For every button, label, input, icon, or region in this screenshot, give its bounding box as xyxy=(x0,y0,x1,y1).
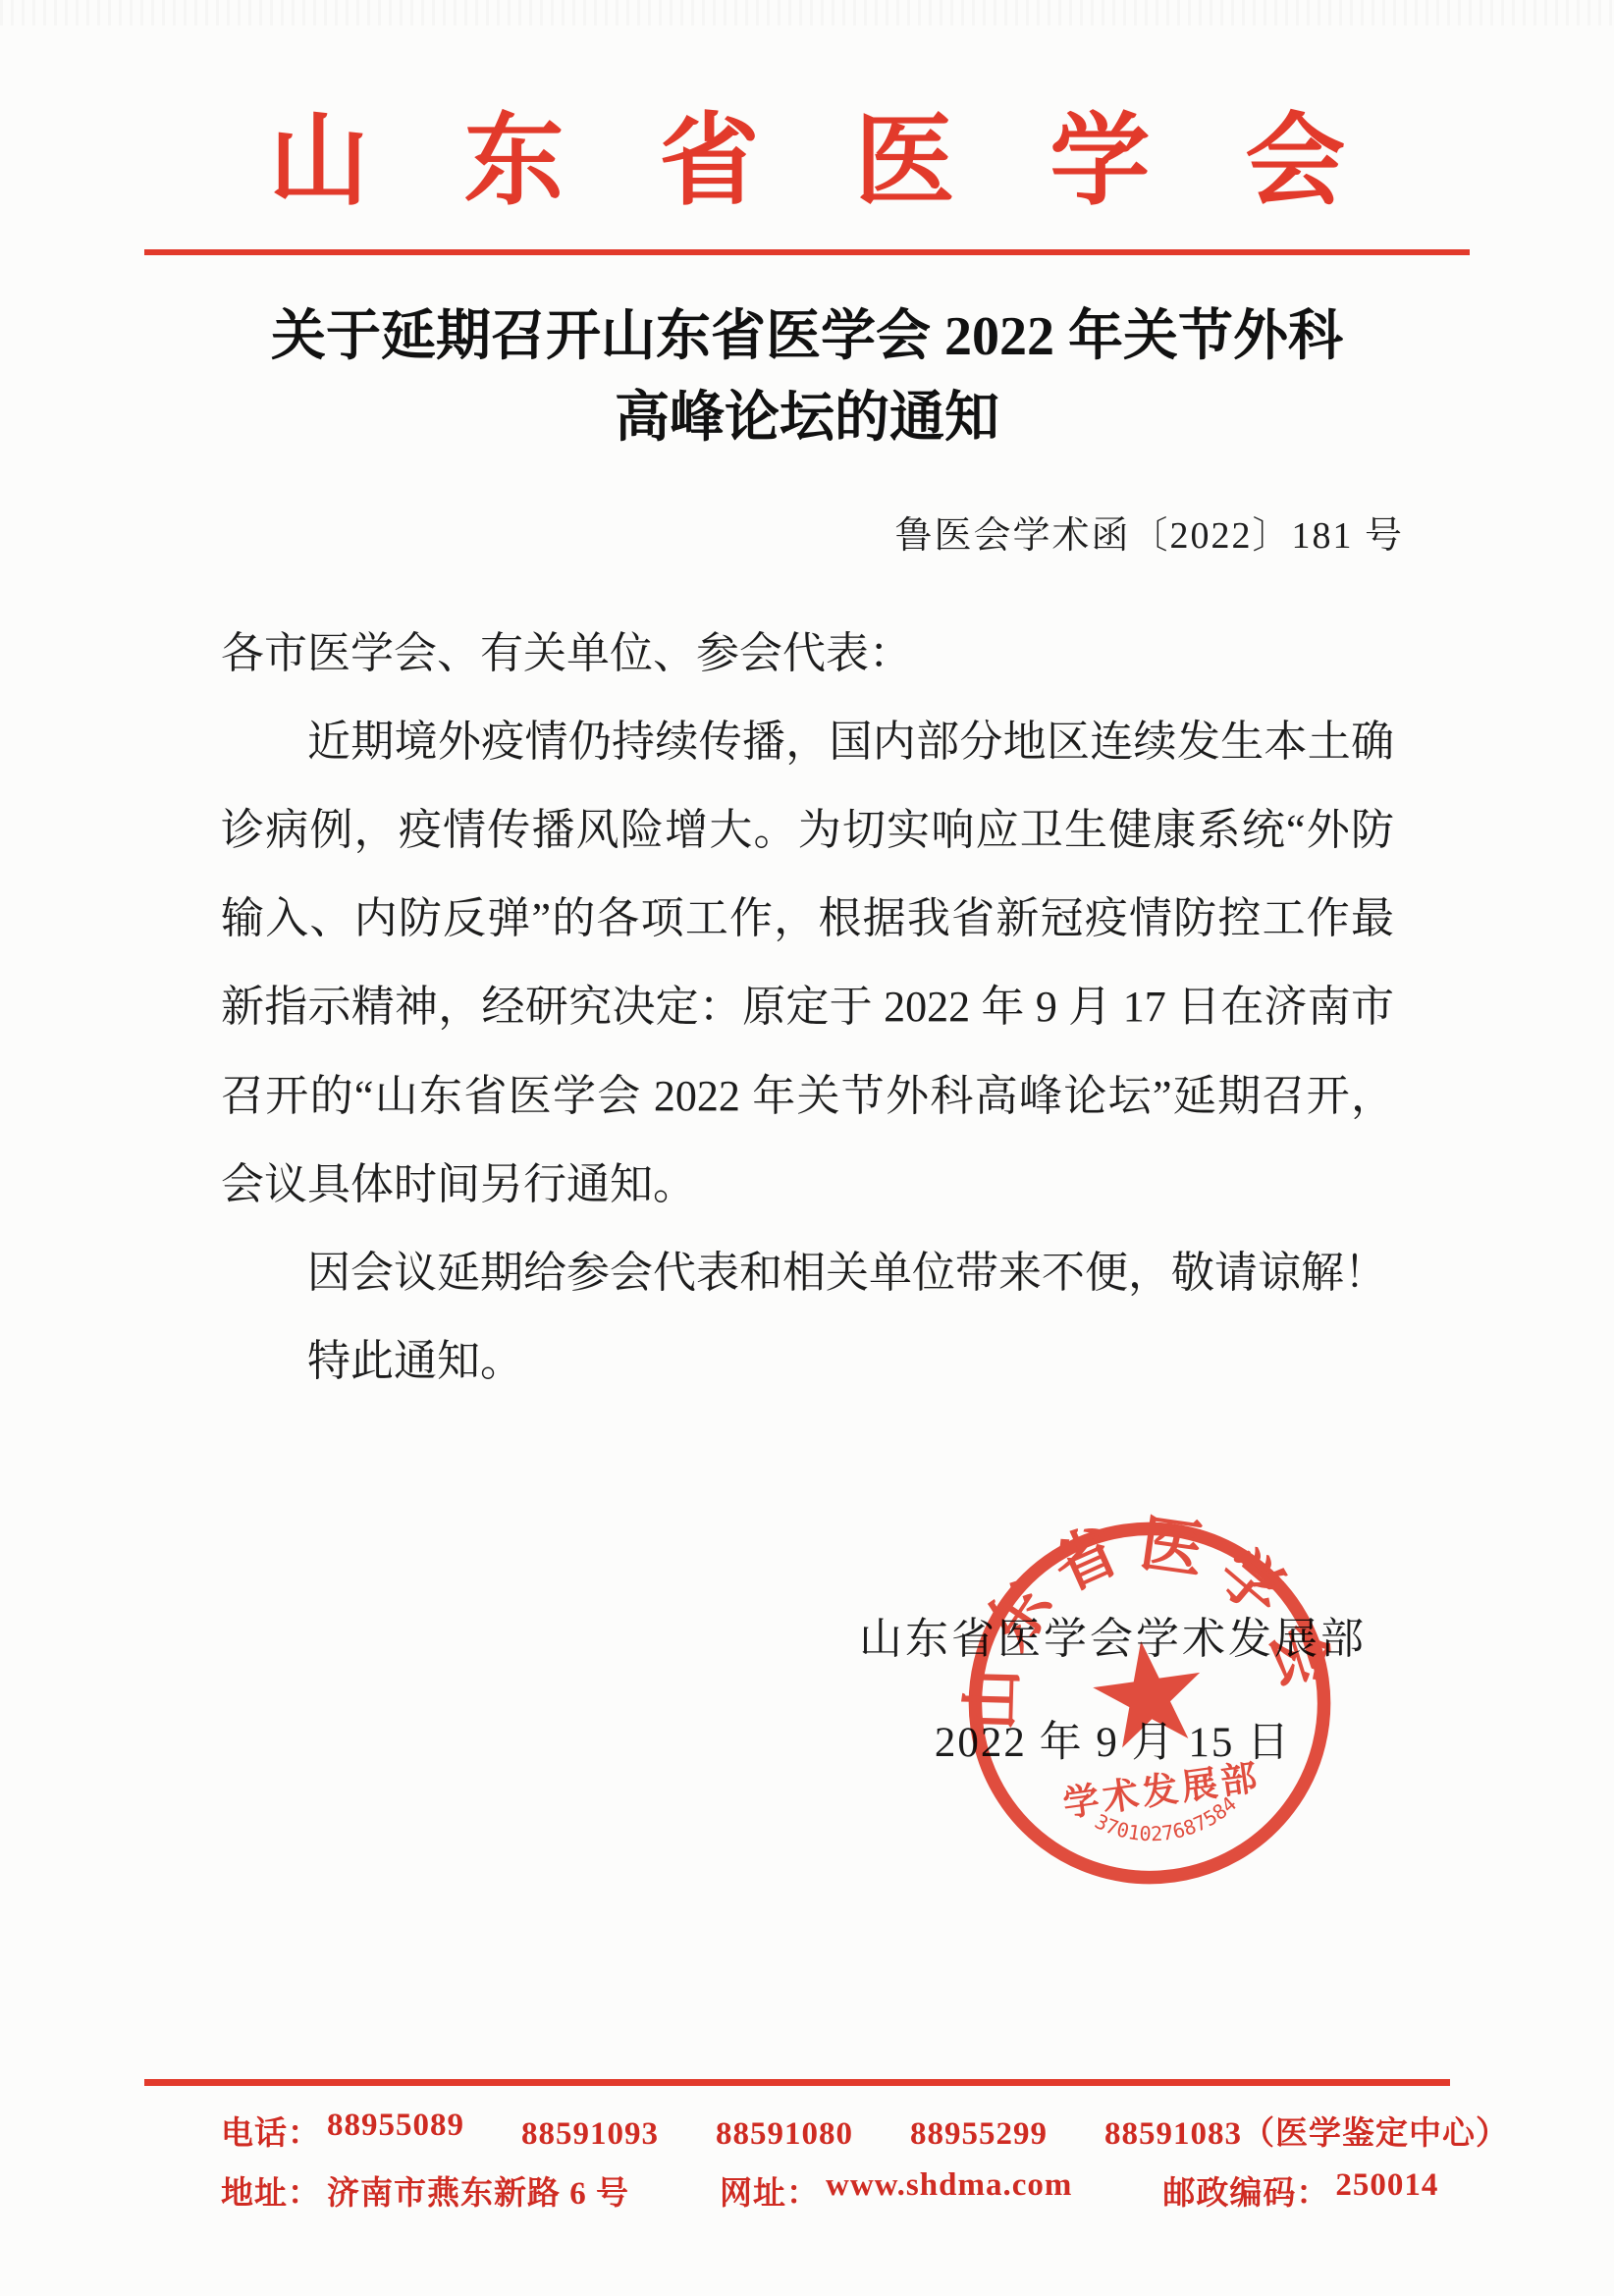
document-title: 关于延期召开山东省医学会 2022 年关节外科 高峰论坛的通知 xyxy=(118,296,1496,459)
website-value: www.shdma.com xyxy=(826,2167,1072,2214)
phone-number: 88955089 xyxy=(327,2108,464,2154)
phone-label: 电话： xyxy=(221,2108,321,2154)
postcode-value: 250014 xyxy=(1335,2167,1438,2214)
postcode-label: 邮政编码： xyxy=(1162,2167,1329,2214)
document-title-line-1: 关于延期召开山东省医学会 2022 年关节外科 xyxy=(118,296,1496,378)
website-label: 网址： xyxy=(720,2167,820,2214)
address-value: 济南市燕东新路 6 号 xyxy=(327,2167,629,2214)
document-body: 各市医学会、有关单位、参会代表： 近期境外疫情仍持续传播，国内部分地区连续发生本… xyxy=(221,610,1394,1407)
footer-info-row: 地址：济南市燕东新路 6 号 网址：www.shdma.com 邮政编码：250… xyxy=(144,2167,1450,2214)
phone-number: 88955299 xyxy=(910,2116,1048,2153)
document-title-line-2: 高峰论坛的通知 xyxy=(118,378,1496,459)
stamp-star-icon xyxy=(1088,1633,1210,1750)
notice-document: 山东省医学会 关于延期召开山东省医学会 2022 年关节外科 高峰论坛的通知 鲁… xyxy=(0,0,1614,2296)
address-label: 地址： xyxy=(221,2167,321,2214)
phone-number: 88591083（医学鉴定中心） xyxy=(1104,2108,1509,2154)
letterhead-divider xyxy=(144,249,1470,255)
body-paragraph: 因会议延期给参会代表和相关单位带来不便，敬请谅解！ xyxy=(221,1229,1394,1317)
body-paragraph: 特此通知。 xyxy=(221,1317,1394,1406)
footer: 电话：88955089 88591093 88591080 88955299 8… xyxy=(144,2079,1450,2214)
scan-noise-band xyxy=(0,0,1614,26)
official-stamp: 山东省医学会 学术发展部 3701027687584 xyxy=(936,1489,1364,1917)
phone-number: 88591080 xyxy=(716,2116,853,2153)
document-number: 鲁医会学术函〔2022〕181 号 xyxy=(0,505,1404,559)
salutation: 各市医学会、有关单位、参会代表： xyxy=(221,610,1394,698)
footer-divider xyxy=(144,2079,1450,2086)
footer-phone-row: 电话：88955089 88591093 88591080 88955299 8… xyxy=(144,2108,1450,2154)
letterhead-title: 山东省医学会 xyxy=(0,90,1614,236)
body-paragraph: 近期境外疫情仍持续传播，国内部分地区连续发生本土确诊病例，疫情传播风险增大。为切… xyxy=(221,698,1394,1229)
phone-number: 88591093 xyxy=(521,2116,659,2153)
